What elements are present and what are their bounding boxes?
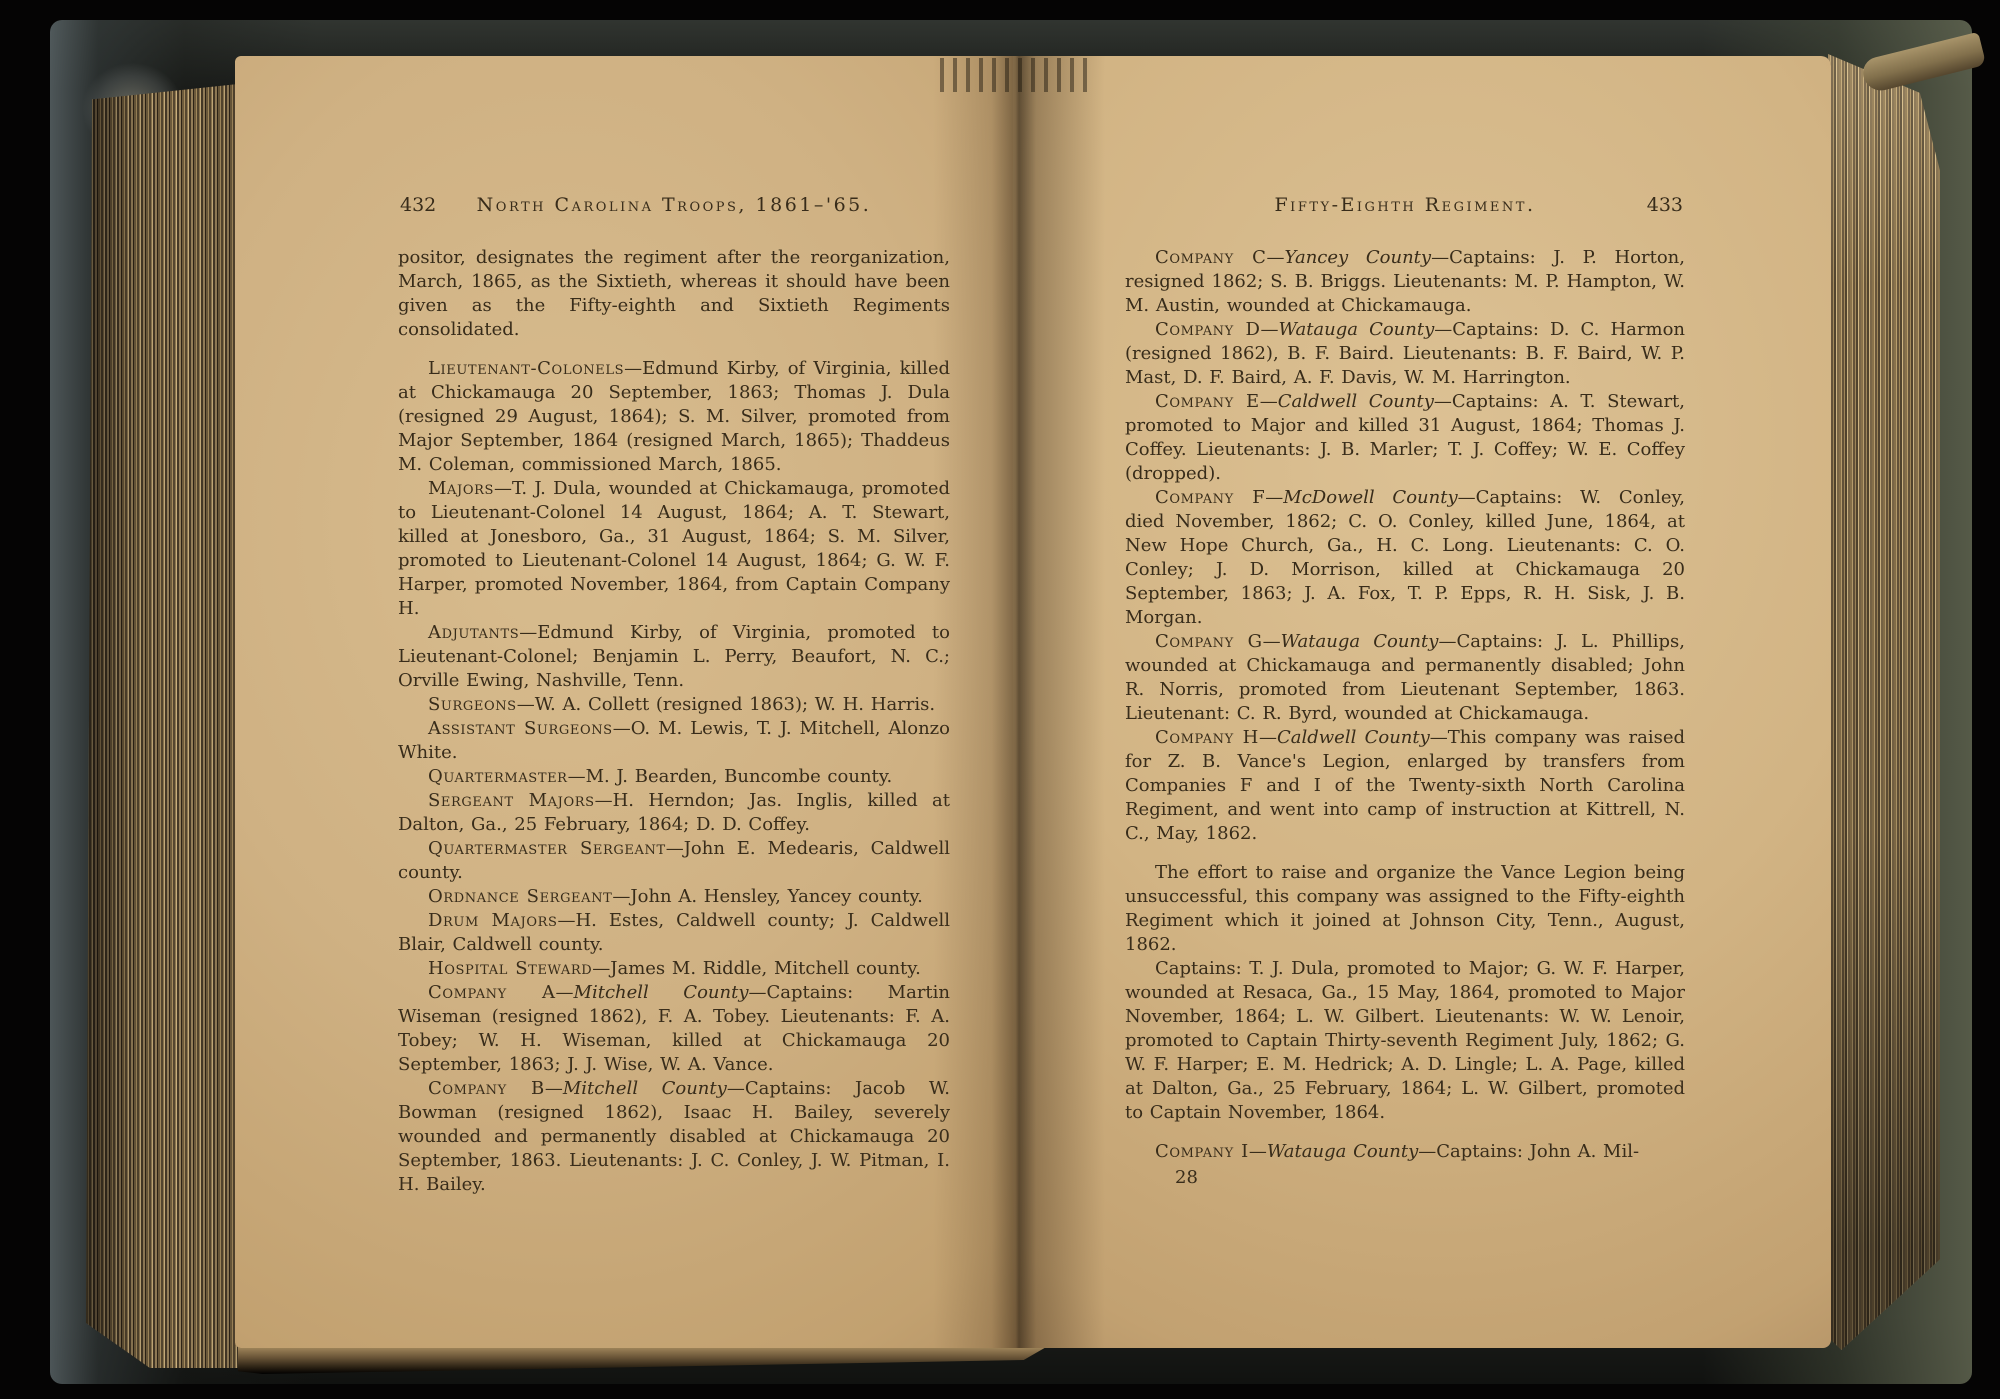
text-run-normal: Captains: T. J. Dula, promoted to Major;…	[1125, 958, 1685, 1123]
text-run-normal: —	[1259, 727, 1277, 748]
paragraph: Company I—Watauga County—Captains: John …	[1125, 1140, 1685, 1164]
paragraph: Drum Majors—H. Estes, Caldwell county; J…	[398, 909, 950, 957]
paragraph: positor, designates the regiment after t…	[398, 246, 950, 342]
text-run-smallcaps: Assistant Surgeons	[428, 718, 613, 739]
binding-stitches	[940, 58, 1090, 92]
text-run-normal: —John A. Hensley, Yancey county.	[612, 886, 922, 907]
text-run-normal: —	[1263, 631, 1281, 652]
left-page-number: 432	[400, 194, 436, 216]
text-run-smallcaps: Hospital Steward	[428, 958, 592, 979]
right-page-content: Fifty-Eighth Regiment. 433 Company C—Yan…	[1125, 194, 1685, 1188]
paragraph: Lieutenant-Colonels—Edmund Kirby, of Vir…	[398, 357, 950, 477]
text-run-normal: positor, designates the regiment after t…	[398, 247, 950, 340]
paragraph: Sergeant Majors—H. Herndon; Jas. Inglis,…	[398, 789, 950, 837]
text-run-smallcaps: Company D	[1155, 319, 1261, 340]
text-run-italic: Yancey County	[1284, 247, 1431, 268]
book-gutter-shadow	[933, 56, 1105, 1348]
paragraph: Company F—McDowell County—Captains: W. C…	[1125, 486, 1685, 630]
paragraph: Ordnance Sergeant—John A. Hensley, Yance…	[398, 885, 950, 909]
text-run-italic: Caldwell County	[1278, 391, 1434, 412]
text-run-italic: Watauga County	[1267, 1141, 1418, 1162]
paragraph: Company C—Yancey County—Captains: J. P. …	[1125, 246, 1685, 318]
paragraph: Company E—Caldwell County—Captains: A. T…	[1125, 390, 1685, 486]
paragraph: Assistant Surgeons—O. M. Lewis, T. J. Mi…	[398, 717, 950, 765]
text-run-smallcaps: Company F	[1155, 487, 1265, 508]
text-run-normal: —	[1249, 1141, 1267, 1162]
left-running-header: North Carolina Troops, 1861–'65.	[398, 194, 950, 216]
signature-mark: 28	[1175, 1167, 1685, 1188]
right-running-header: Fifty-Eighth Regiment.	[1125, 194, 1685, 216]
text-run-normal: —Captains: W. Conley, died November, 186…	[1125, 487, 1685, 628]
text-run-normal: —	[1265, 487, 1283, 508]
text-run-normal: —	[1260, 391, 1278, 412]
paragraph: Company H—Caldwell County—This company w…	[1125, 726, 1685, 846]
text-run-normal: —M. J. Bearden, Buncombe county.	[568, 766, 893, 787]
text-run-smallcaps: Company B	[428, 1078, 545, 1099]
text-run-normal: —	[1261, 319, 1279, 340]
text-run-smallcaps: Company E	[1155, 391, 1260, 412]
paragraph: Surgeons—W. A. Collett (resigned 1863); …	[398, 693, 950, 717]
text-run-smallcaps: Lieutenant-Colonels	[428, 358, 624, 379]
text-run-smallcaps: Company C	[1155, 247, 1266, 268]
paragraph: Company A—Mitchell County—Captains: Mart…	[398, 981, 950, 1077]
text-run-smallcaps: Company A	[428, 982, 556, 1003]
paragraph: Quartermaster—M. J. Bearden, Buncombe co…	[398, 765, 950, 789]
paragraph: Company D—Watauga County—Captains: D. C.…	[1125, 318, 1685, 390]
left-page-edges	[86, 84, 238, 1368]
left-page-text: positor, designates the regiment after t…	[398, 246, 950, 1197]
right-page-text: Company C—Yancey County—Captains: J. P. …	[1125, 246, 1685, 1164]
text-run-smallcaps: Surgeons	[428, 694, 517, 715]
right-page-number: 433	[1647, 194, 1683, 216]
text-run-italic: Mitchell County	[563, 1078, 727, 1099]
text-run-smallcaps: Company G	[1155, 631, 1263, 652]
paragraph: Captains: T. J. Dula, promoted to Major;…	[1125, 957, 1685, 1125]
text-run-smallcaps: Company I	[1155, 1141, 1249, 1162]
book-photograph: 432 North Carolina Troops, 1861–'65. pos…	[0, 0, 2000, 1399]
paragraph: Majors—T. J. Dula, wounded at Chickamaug…	[398, 477, 950, 621]
text-run-italic: McDowell County	[1283, 487, 1457, 508]
paragraph: The effort to raise and organize the Van…	[1125, 861, 1685, 957]
text-run-smallcaps: Majors	[428, 478, 494, 499]
text-run-italic: Watauga County	[1279, 319, 1435, 340]
text-run-smallcaps: Adjutants	[428, 622, 519, 643]
text-run-normal: —	[1266, 247, 1284, 268]
text-run-normal: —Captains: John A. Mil-	[1418, 1141, 1639, 1162]
paragraph: Company G—Watauga County—Captains: J. L.…	[1125, 630, 1685, 726]
paragraph: Hospital Steward—James M. Riddle, Mitche…	[398, 957, 950, 981]
text-run-normal: —	[545, 1078, 563, 1099]
right-page-header: Fifty-Eighth Regiment. 433	[1125, 194, 1685, 222]
text-run-smallcaps: Sergeant Majors	[428, 790, 595, 811]
text-run-italic: Caldwell County	[1277, 727, 1430, 748]
paragraph: Company B—Mitchell County—Captains: Jaco…	[398, 1077, 950, 1197]
text-run-normal: —W. A. Collett (resigned 1863); W. H. Ha…	[517, 694, 935, 715]
text-run-italic: Watauga County	[1281, 631, 1439, 652]
text-run-smallcaps: Quartermaster	[428, 766, 568, 787]
right-page-edges	[1828, 54, 1940, 1350]
text-run-normal: —T. J. Dula, wounded at Chickamauga, pro…	[398, 478, 950, 619]
text-run-normal: —	[556, 982, 574, 1003]
text-run-normal: The effort to raise and organize the Van…	[1125, 862, 1685, 955]
text-run-normal: —James M. Riddle, Mitchell county.	[592, 958, 921, 979]
left-page-content: 432 North Carolina Troops, 1861–'65. pos…	[398, 194, 950, 1197]
left-page-header: 432 North Carolina Troops, 1861–'65.	[398, 194, 950, 222]
text-run-smallcaps: Company H	[1155, 727, 1259, 748]
text-run-smallcaps: Drum Majors	[428, 910, 557, 931]
text-run-italic: Mitchell County	[574, 982, 749, 1003]
paragraph: Adjutants—Edmund Kirby, of Virginia, pro…	[398, 621, 950, 693]
text-run-smallcaps: Quartermaster Sergeant	[428, 838, 666, 859]
text-run-smallcaps: Ordnance Sergeant	[428, 886, 612, 907]
paragraph: Quartermaster Sergeant—John E. Medearis,…	[398, 837, 950, 885]
